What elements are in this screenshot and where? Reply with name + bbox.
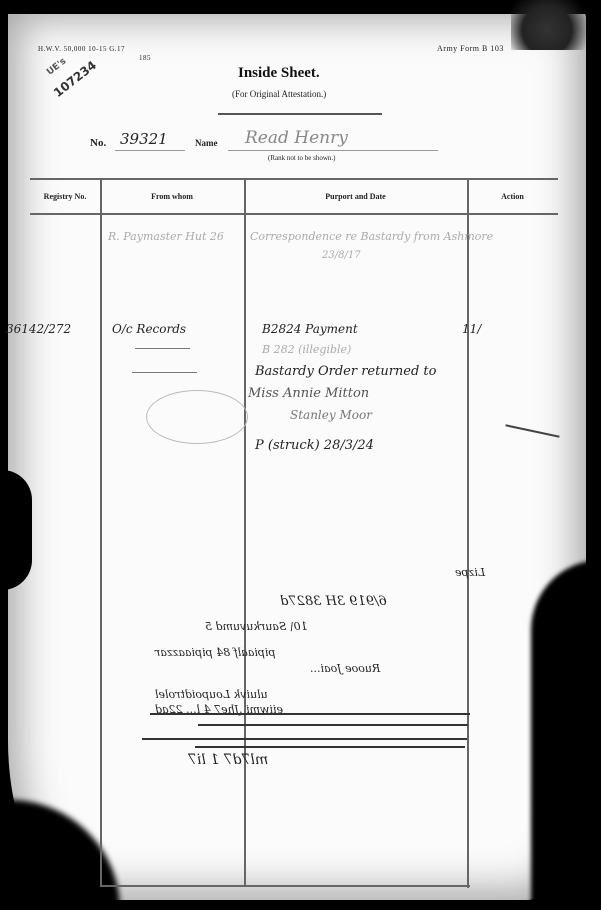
page-title: Inside Sheet. (238, 65, 320, 82)
row2-from-dash-2 (132, 372, 197, 373)
name-note: (Rank not to be shown.) (268, 154, 335, 162)
table-bottom-border (100, 885, 470, 887)
scan-border-left (0, 470, 32, 590)
row1-date: 23/8/17 (322, 250, 361, 261)
row1-purport: Correspondence re Bastardy from Ashmore (250, 230, 493, 243)
page-subtitle: (For Original Attestation.) (232, 89, 326, 99)
bleedthrough-line-1: Lizpe (455, 566, 485, 579)
row2-purport-line6: P (struck) 28/3/24 (255, 438, 374, 453)
table-header-border (30, 213, 558, 215)
title-rule (218, 113, 382, 115)
form-number: Army Form B 103 (437, 44, 504, 53)
column-divider-2 (244, 178, 246, 886)
soldier-name: Read Henry (245, 128, 348, 148)
table-top-border (30, 178, 558, 180)
bleedthrough-rule-4 (195, 746, 465, 748)
faded-oval-stamp (146, 390, 248, 444)
column-header-from-whom: From whom (100, 192, 244, 201)
row2-purport-line3: Bastardy Order returned to (255, 364, 437, 379)
no-label: No. (90, 137, 106, 149)
row2-purport-line2: B 282 (illegible) (262, 343, 351, 356)
bleedthrough-line-5: Ruooe Joai... (310, 662, 380, 675)
row2-from-whom: O/c Records (112, 322, 186, 336)
row1-from-whom: R. Paymaster Hut 26 (108, 230, 224, 243)
scan-border-right (531, 560, 601, 910)
bleedthrough-rule-3 (142, 738, 467, 740)
stain-top-right (511, 0, 601, 50)
name-underline (228, 150, 438, 151)
bleedthrough-line-2: 6/919 3H 3827d (280, 594, 387, 609)
bleedthrough-line-4: pipiaalf 84 pipiaazzar (155, 646, 275, 659)
service-number: 39321 (120, 130, 168, 148)
no-underline (115, 150, 185, 151)
bleedthrough-line-8: ml7d7 1 li7 (188, 752, 268, 768)
row2-purport-line4: Miss Annie Mitton (248, 386, 369, 401)
column-divider-3 (467, 178, 469, 888)
column-header-action: Action (467, 192, 558, 201)
column-header-purport: Purport and Date (244, 192, 467, 201)
print-code: H.W.V. 50,000 10-15 G.17 (38, 45, 125, 53)
row2-registry-no: 36142/272 (6, 322, 71, 336)
bleedthrough-line-6: uluivk Loupoidtrolel (155, 688, 268, 701)
column-header-registry: Registry No. (30, 192, 100, 201)
bleedthrough-rule-2 (198, 724, 468, 726)
name-label: Name (195, 138, 218, 148)
bleedthrough-rule-1 (150, 713, 470, 715)
row2-action: 11/ (462, 322, 481, 336)
row2-purport: B2824 Payment (262, 322, 358, 336)
row2-from-dash-1 (135, 348, 190, 349)
column-divider-1 (100, 178, 102, 886)
bleedthrough-line-3: 10\ Saurkuvumd 5 (205, 620, 308, 633)
print-code-sub: 185 (139, 54, 151, 62)
row2-purport-line5: Stanley Moor (290, 408, 372, 422)
